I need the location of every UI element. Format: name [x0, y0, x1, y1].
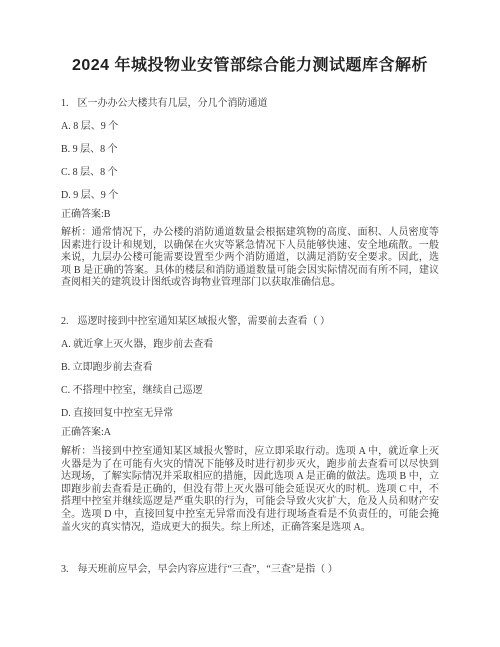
option-line: B. 9 层、8 个 [61, 143, 439, 156]
doc-title: 2024 年城投物业安管部综合能力测试题库含解析 [61, 55, 439, 77]
answer-line: 正确答案:A [61, 426, 439, 439]
option-line: D. 9 层、9 个 [61, 189, 439, 202]
question-block-1: 1.区一办办公大楼共有几层，分几个消防通道 A. 8 层、9 个 B. 9 层、… [61, 97, 439, 290]
option-line: A. 8 层、9 个 [61, 120, 439, 133]
option-line: B. 立即跑步前去查看 [61, 361, 439, 374]
question-number: 1. [61, 97, 69, 110]
analysis-text: 解析：通常情况下，办公楼的消防通道数量会根据建筑物的高度、面积、人员密度等因素进… [61, 227, 439, 290]
option-line: C. 不搭理中控室，继续自己巡逻 [61, 384, 439, 397]
question-block-3: 3.每天班前应早会，早会内容应进行“三查”，“三查”是指（ ） [61, 563, 439, 576]
answer-line: 正确答案:B [61, 208, 439, 221]
question-line: 1.区一办办公大楼共有几层，分几个消防通道 [61, 97, 439, 110]
question-text: 每天班前应早会，早会内容应进行“三查”，“三查”是指（ ） [78, 564, 338, 575]
option-line: D. 直接回复中控室无异常 [61, 407, 439, 420]
question-number: 3. [61, 563, 69, 576]
document-page: 2024 年城投物业安管部综合能力测试题库含解析 1.区一办办公大楼共有几层，分… [0, 0, 500, 647]
question-line: 2.巡逻时接到中控室通知某区域报火警，需要前去查看（ ） [61, 315, 439, 328]
question-block-2: 2.巡逻时接到中控室通知某区域报火警，需要前去查看（ ） A. 就近拿上灭火器，… [61, 315, 439, 534]
option-line: A. 就近拿上灭火器，跑步前去查看 [61, 338, 439, 351]
analysis-text: 解析：当接到中控室通知某区域报火警时，应立即采取行动。选项 A 中，就近拿上灭火… [61, 446, 439, 534]
question-line: 3.每天班前应早会，早会内容应进行“三查”，“三查”是指（ ） [61, 563, 439, 576]
question-number: 2. [61, 315, 69, 328]
question-text: 区一办办公大楼共有几层，分几个消防通道 [78, 98, 268, 109]
question-text: 巡逻时接到中控室通知某区域报火警，需要前去查看（ ） [78, 316, 331, 327]
option-line: C. 8 层、8 个 [61, 166, 439, 179]
